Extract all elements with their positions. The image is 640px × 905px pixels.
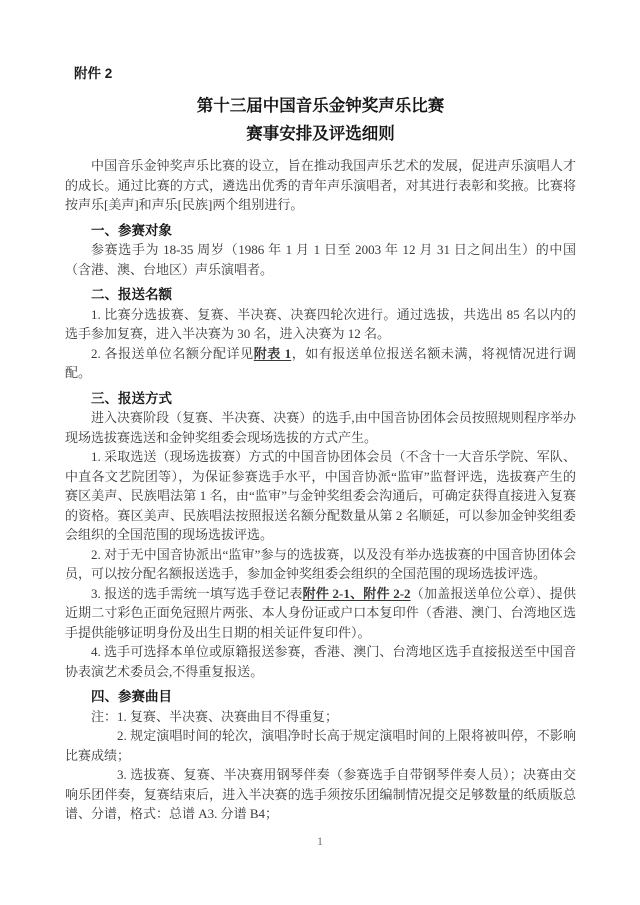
paragraph: 进入决赛阶段（复赛、半决赛、决赛）的选手,由中国音协团体会员按照规则程序举办现场… bbox=[65, 408, 576, 447]
paragraph: 1. 采取选送（现场选拔赛）方式的中国音协团体会员（不含十一大音乐学院、军队、中… bbox=[65, 447, 576, 545]
text-run: 2. 规定演唱时间的轮次，演唱净时长高于规定演唱时间的上限将被叫停，不影响比赛成… bbox=[65, 728, 576, 763]
attachment-reference: 附件 2-1、附件 2-2 bbox=[303, 586, 411, 601]
text-run: 一、参赛对象 bbox=[91, 223, 172, 238]
text-run: 3. 报送的选手需统一填写选手登记表 bbox=[91, 586, 303, 601]
section-heading: 三、报送方式 bbox=[65, 389, 576, 409]
section-heading: 四、参赛曲目 bbox=[65, 687, 576, 707]
title-line-2: 赛事安排及评选细则 bbox=[65, 120, 576, 148]
paragraph: 2. 各报送单位名额分配详见附表 1，如有报送单位报送名额未满，将视情况进行调配… bbox=[65, 344, 576, 383]
text-run: 1. 采取选送（现场选拔赛）方式的中国音协团体会员（不含十一大音乐学院、军队、中… bbox=[65, 449, 576, 542]
text-run: 二、报送名额 bbox=[91, 287, 172, 302]
text-run: 进入决赛阶段（复赛、半决赛、决赛）的选手,由中国音协团体会员按照规则程序举办现场… bbox=[65, 410, 576, 445]
paragraph: 参赛选手为 18-35 周岁（1986 年 1 月 1 日至 2003 年 12… bbox=[65, 240, 576, 279]
text-run: 3. 选拔赛、复赛、半决赛用钢琴伴奏（参赛选手自带钢琴伴奏人员）；决赛由交响乐团… bbox=[65, 767, 576, 821]
text-run: 中国音乐金钟奖声乐比赛的设立，旨在推动我国声乐艺术的发展，促进声乐演唱人才的成长… bbox=[65, 158, 576, 212]
attachment-reference: 附表 1 bbox=[254, 346, 291, 361]
paragraph: 2. 规定演唱时间的轮次，演唱净时长高于规定演唱时间的上限将被叫停，不影响比赛成… bbox=[65, 726, 576, 765]
page-number: 1 bbox=[0, 835, 640, 849]
section-heading: 二、报送名额 bbox=[65, 285, 576, 305]
paragraph: 1. 比赛分选拔赛、复赛、半决赛、决赛四轮次进行。通过选拔，共选出 85 名以内… bbox=[65, 305, 576, 344]
attachment-label: 附件 2 bbox=[65, 64, 576, 84]
text-run: 四、参赛曲目 bbox=[91, 689, 172, 704]
paragraph: 4. 选手可选择本单位或原籍报送参赛，香港、澳门、台湾地区选手直接报送至中国音协… bbox=[65, 642, 576, 681]
document-body: 中国音乐金钟奖声乐比赛的设立，旨在推动我国声乐艺术的发展，促进声乐演唱人才的成长… bbox=[65, 156, 576, 824]
text-run: 参赛选手为 18-35 周岁（1986 年 1 月 1 日至 2003 年 12… bbox=[65, 242, 576, 277]
section-heading: 一、参赛对象 bbox=[65, 221, 576, 241]
text-run: 2. 各报送单位名额分配详见 bbox=[91, 346, 254, 361]
text-run: 注：1. 复赛、半决赛、决赛曲目不得重复； bbox=[91, 709, 338, 724]
paragraph: 3. 选拔赛、复赛、半决赛用钢琴伴奏（参赛选手自带钢琴伴奏人员）；决赛由交响乐团… bbox=[65, 765, 576, 824]
text-run: 4. 选手可选择本单位或原籍报送参赛，香港、澳门、台湾地区选手直接报送至中国音协… bbox=[65, 644, 576, 679]
document-page: 附件 2 第十三届中国音乐金钟奖声乐比赛 赛事安排及评选细则 中国音乐金钟奖声乐… bbox=[0, 0, 640, 905]
text-run: 三、报送方式 bbox=[91, 391, 172, 406]
text-run: 1. 比赛分选拔赛、复赛、半决赛、决赛四轮次进行。通过选拔，共选出 85 名以内… bbox=[65, 307, 576, 342]
text-run: 2. 对于无中国音协派出“监审”参与的选拔赛，以及没有举办选拔赛的中国音协团体会… bbox=[65, 547, 576, 582]
title-line-1: 第十三届中国音乐金钟奖声乐比赛 bbox=[65, 92, 576, 120]
paragraph: 2. 对于无中国音协派出“监审”参与的选拔赛，以及没有举办选拔赛的中国音协团体会… bbox=[65, 545, 576, 584]
paragraph: 3. 报送的选手需统一填写选手登记表附件 2-1、附件 2-2（加盖报送单位公章… bbox=[65, 584, 576, 643]
paragraph: 注：1. 复赛、半决赛、决赛曲目不得重复； bbox=[65, 707, 576, 727]
document-title: 第十三届中国音乐金钟奖声乐比赛 赛事安排及评选细则 bbox=[65, 92, 576, 148]
paragraph: 中国音乐金钟奖声乐比赛的设立，旨在推动我国声乐艺术的发展，促进声乐演唱人才的成长… bbox=[65, 156, 576, 215]
